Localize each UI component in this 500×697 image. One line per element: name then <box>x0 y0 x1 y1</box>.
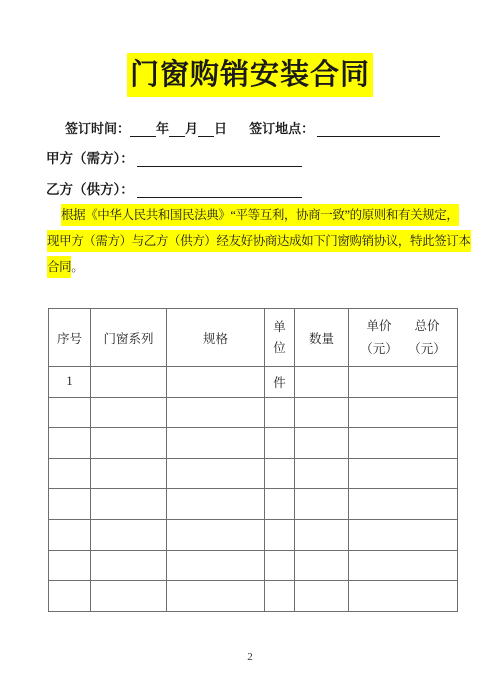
header-unit-price-yuan: （元） <box>360 343 398 356</box>
preamble-line-3-highlight: 合同 <box>47 256 71 278</box>
page-number: 2 <box>0 651 500 663</box>
cell-price <box>349 397 458 428</box>
cell-spec <box>167 397 265 428</box>
table-row <box>49 397 458 428</box>
header-unit-line1: 单 <box>273 321 286 334</box>
cell-seq <box>49 489 91 520</box>
cell-qty <box>295 367 349 398</box>
cell-qty <box>295 519 349 550</box>
cell-seq: 1 <box>49 367 91 398</box>
header-seq: 序号 <box>49 309 91 367</box>
table-row: 1 件 <box>49 367 458 398</box>
cell-spec <box>167 550 265 581</box>
table-row <box>49 489 458 520</box>
party-b-blank <box>137 183 302 198</box>
preamble-line-1: 根据《中华人民共和国民法典》“平等互利，协商一致”的原则和有关规定， <box>47 202 459 228</box>
cell-price <box>349 550 458 581</box>
cell-unit <box>265 519 295 550</box>
cell-seq <box>49 550 91 581</box>
party-a-blank <box>137 152 302 167</box>
cell-qty <box>295 397 349 428</box>
party-a-line: 甲方（需方）： <box>46 147 302 167</box>
items-table: 序号 门窗系列 规格 单 位 数量 单价 总价 <box>48 308 458 612</box>
header-total-price-yuan: （元） <box>408 343 446 356</box>
cell-price <box>349 519 458 550</box>
cell-unit <box>265 550 295 581</box>
cell-price <box>349 489 458 520</box>
header-unit-price: 单价 <box>366 320 391 333</box>
sign-year-blank <box>130 122 156 137</box>
cell-series <box>91 519 167 550</box>
party-b-line: 乙方（供方）： <box>46 178 302 198</box>
year-label: 年 <box>156 121 169 136</box>
cell-qty <box>295 428 349 459</box>
table-row <box>49 428 458 459</box>
sign-time-label: 签订时间： <box>65 121 130 136</box>
sign-place-label: 签订地点： <box>249 121 314 136</box>
cell-spec <box>167 519 265 550</box>
cell-qty <box>295 550 349 581</box>
cell-unit: 件 <box>265 367 295 398</box>
cell-price <box>349 581 458 612</box>
party-b-label: 乙方（供方）： <box>46 182 134 197</box>
cell-seq <box>49 428 91 459</box>
header-series: 门窗系列 <box>91 309 167 367</box>
cell-spec <box>167 367 265 398</box>
cell-series <box>91 489 167 520</box>
page-title-highlight: 门窗购销安装合同 <box>127 53 373 97</box>
preamble-line-1-highlight: 根据《中华人民共和国民法典》“平等互利，协商一致”的原则和有关规定， <box>61 204 459 226</box>
month-label: 月 <box>185 121 198 136</box>
header-price: 单价 总价 （元） （元） <box>349 309 458 367</box>
cell-unit <box>265 458 295 489</box>
cell-qty <box>295 581 349 612</box>
sign-day-blank <box>198 122 214 137</box>
cell-unit <box>265 397 295 428</box>
cell-spec <box>167 581 265 612</box>
cell-series <box>91 581 167 612</box>
cell-seq <box>49 519 91 550</box>
sign-month-blank <box>169 122 185 137</box>
cell-spec <box>167 428 265 459</box>
preamble-line-2: 现甲方（需方）与乙方（供方）经友好协商达成如下门窗购销协议，特此签订本 <box>47 228 459 254</box>
table-header-row: 序号 门窗系列 规格 单 位 数量 单价 总价 <box>49 309 458 367</box>
cell-series <box>91 397 167 428</box>
cell-qty <box>295 489 349 520</box>
day-label: 日 <box>214 121 227 136</box>
header-total-price: 总价 <box>414 320 439 333</box>
cell-price <box>349 428 458 459</box>
header-unit: 单 位 <box>265 309 295 367</box>
cell-unit <box>265 581 295 612</box>
cell-series <box>91 458 167 489</box>
preamble-line-3: 合同。 <box>47 254 459 280</box>
cell-series <box>91 428 167 459</box>
header-spec: 规格 <box>167 309 265 367</box>
cell-spec <box>167 458 265 489</box>
party-a-label: 甲方（需方）： <box>46 151 134 166</box>
cell-price <box>349 367 458 398</box>
cell-seq <box>49 458 91 489</box>
cell-unit <box>265 428 295 459</box>
table-row <box>49 519 458 550</box>
sign-place-blank <box>317 122 440 137</box>
cell-series <box>91 367 167 398</box>
cell-price <box>349 458 458 489</box>
page-title: 门窗购销安装合同 <box>0 53 500 97</box>
sign-meta-line: 签订时间：年月日签订地点： <box>65 118 440 137</box>
cell-seq <box>49 397 91 428</box>
table-row <box>49 581 458 612</box>
cell-qty <box>295 458 349 489</box>
cell-spec <box>167 489 265 520</box>
table-row <box>49 458 458 489</box>
cell-seq <box>49 581 91 612</box>
cell-unit <box>265 489 295 520</box>
cell-series <box>91 550 167 581</box>
header-qty: 数量 <box>295 309 349 367</box>
header-unit-line2: 位 <box>273 342 286 355</box>
preamble-line-3-tail: 。 <box>71 260 83 274</box>
table-row <box>49 550 458 581</box>
preamble-line-2-highlight: 现甲方（需方）与乙方（供方）经友好协商达成如下门窗购销协议，特此签订本 <box>47 230 471 252</box>
preamble-paragraph: 根据《中华人民共和国民法典》“平等互利，协商一致”的原则和有关规定， 现甲方（需… <box>47 202 459 280</box>
contract-page: 门窗购销安装合同 签订时间：年月日签订地点： 甲方（需方）： 乙方（供方）： 根… <box>0 0 500 697</box>
